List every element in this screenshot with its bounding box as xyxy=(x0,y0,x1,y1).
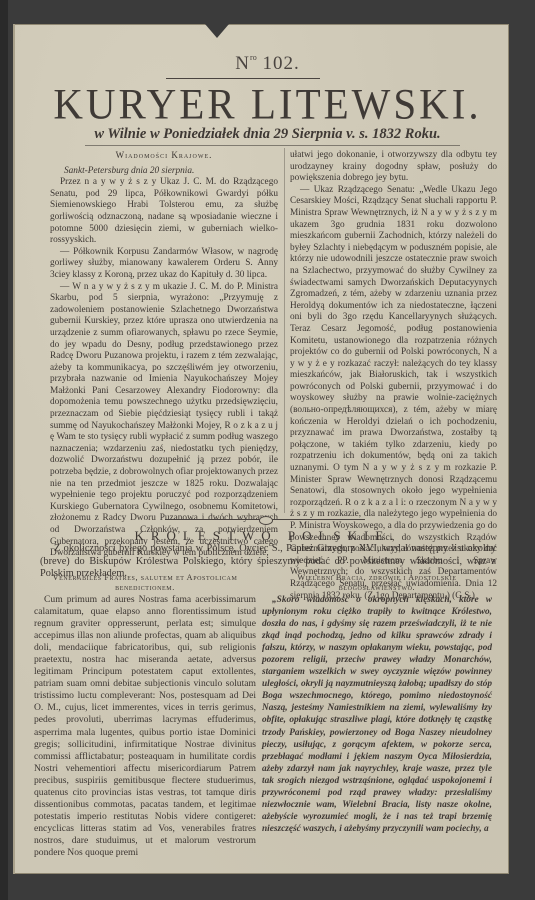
section-divider-ornament xyxy=(165,516,365,524)
left-column: Wiadomości Krajowe. Sankt-Petersburg dni… xyxy=(50,150,278,560)
city-dateline: Sankt-Petersburg dnia 20 sierpnia. xyxy=(50,166,278,178)
issue-number-sup: ro xyxy=(250,53,257,62)
latin-text-column: Cum primum ad aures Nostras fama acerbis… xyxy=(34,594,256,859)
polish-paragraph: „Skoro wiadomość o okropnych klęskach, k… xyxy=(262,594,492,835)
section-title-krolestwo: KROLESTWO POLSKIE. xyxy=(0,528,535,544)
article-paragraph: — Półkownik Korpusu Zandarmów Własow, w … xyxy=(50,247,278,282)
page-notch xyxy=(205,24,229,38)
article-paragraph: ułatwi jego dokonanie, i otworzywszy dla… xyxy=(290,150,497,185)
latin-paragraph: Cum primum ad aures Nostras fama acerbis… xyxy=(34,594,256,859)
masthead-title: KURYER LITEWSKI. xyxy=(0,79,535,129)
article-paragraph: Przez n a y w y ż s z y Ukaz J. C. M. do… xyxy=(50,177,278,247)
section-heading-krajowe: Wiadomości Krajowe. xyxy=(50,150,278,162)
page-left-edge xyxy=(13,24,15,874)
issue-number-value: 102. xyxy=(262,53,299,74)
issue-number: Nro 102. xyxy=(0,53,535,75)
latin-heading: Venerabiles Fratres, salutem et Apostoli… xyxy=(34,573,256,593)
polish-heading: Wielebni Bracia, zdrowie i Apostolskie b… xyxy=(262,573,492,593)
dateline-rule xyxy=(85,145,460,146)
polish-text-column: „Skoro wiadomość o okropnych klęskach, k… xyxy=(262,594,492,835)
issue-number-prefix: N xyxy=(235,53,250,74)
column-separator xyxy=(284,148,285,513)
dateline: w Wilnie w Poniedziałek dnia 29 Sierpnia… xyxy=(0,126,535,143)
